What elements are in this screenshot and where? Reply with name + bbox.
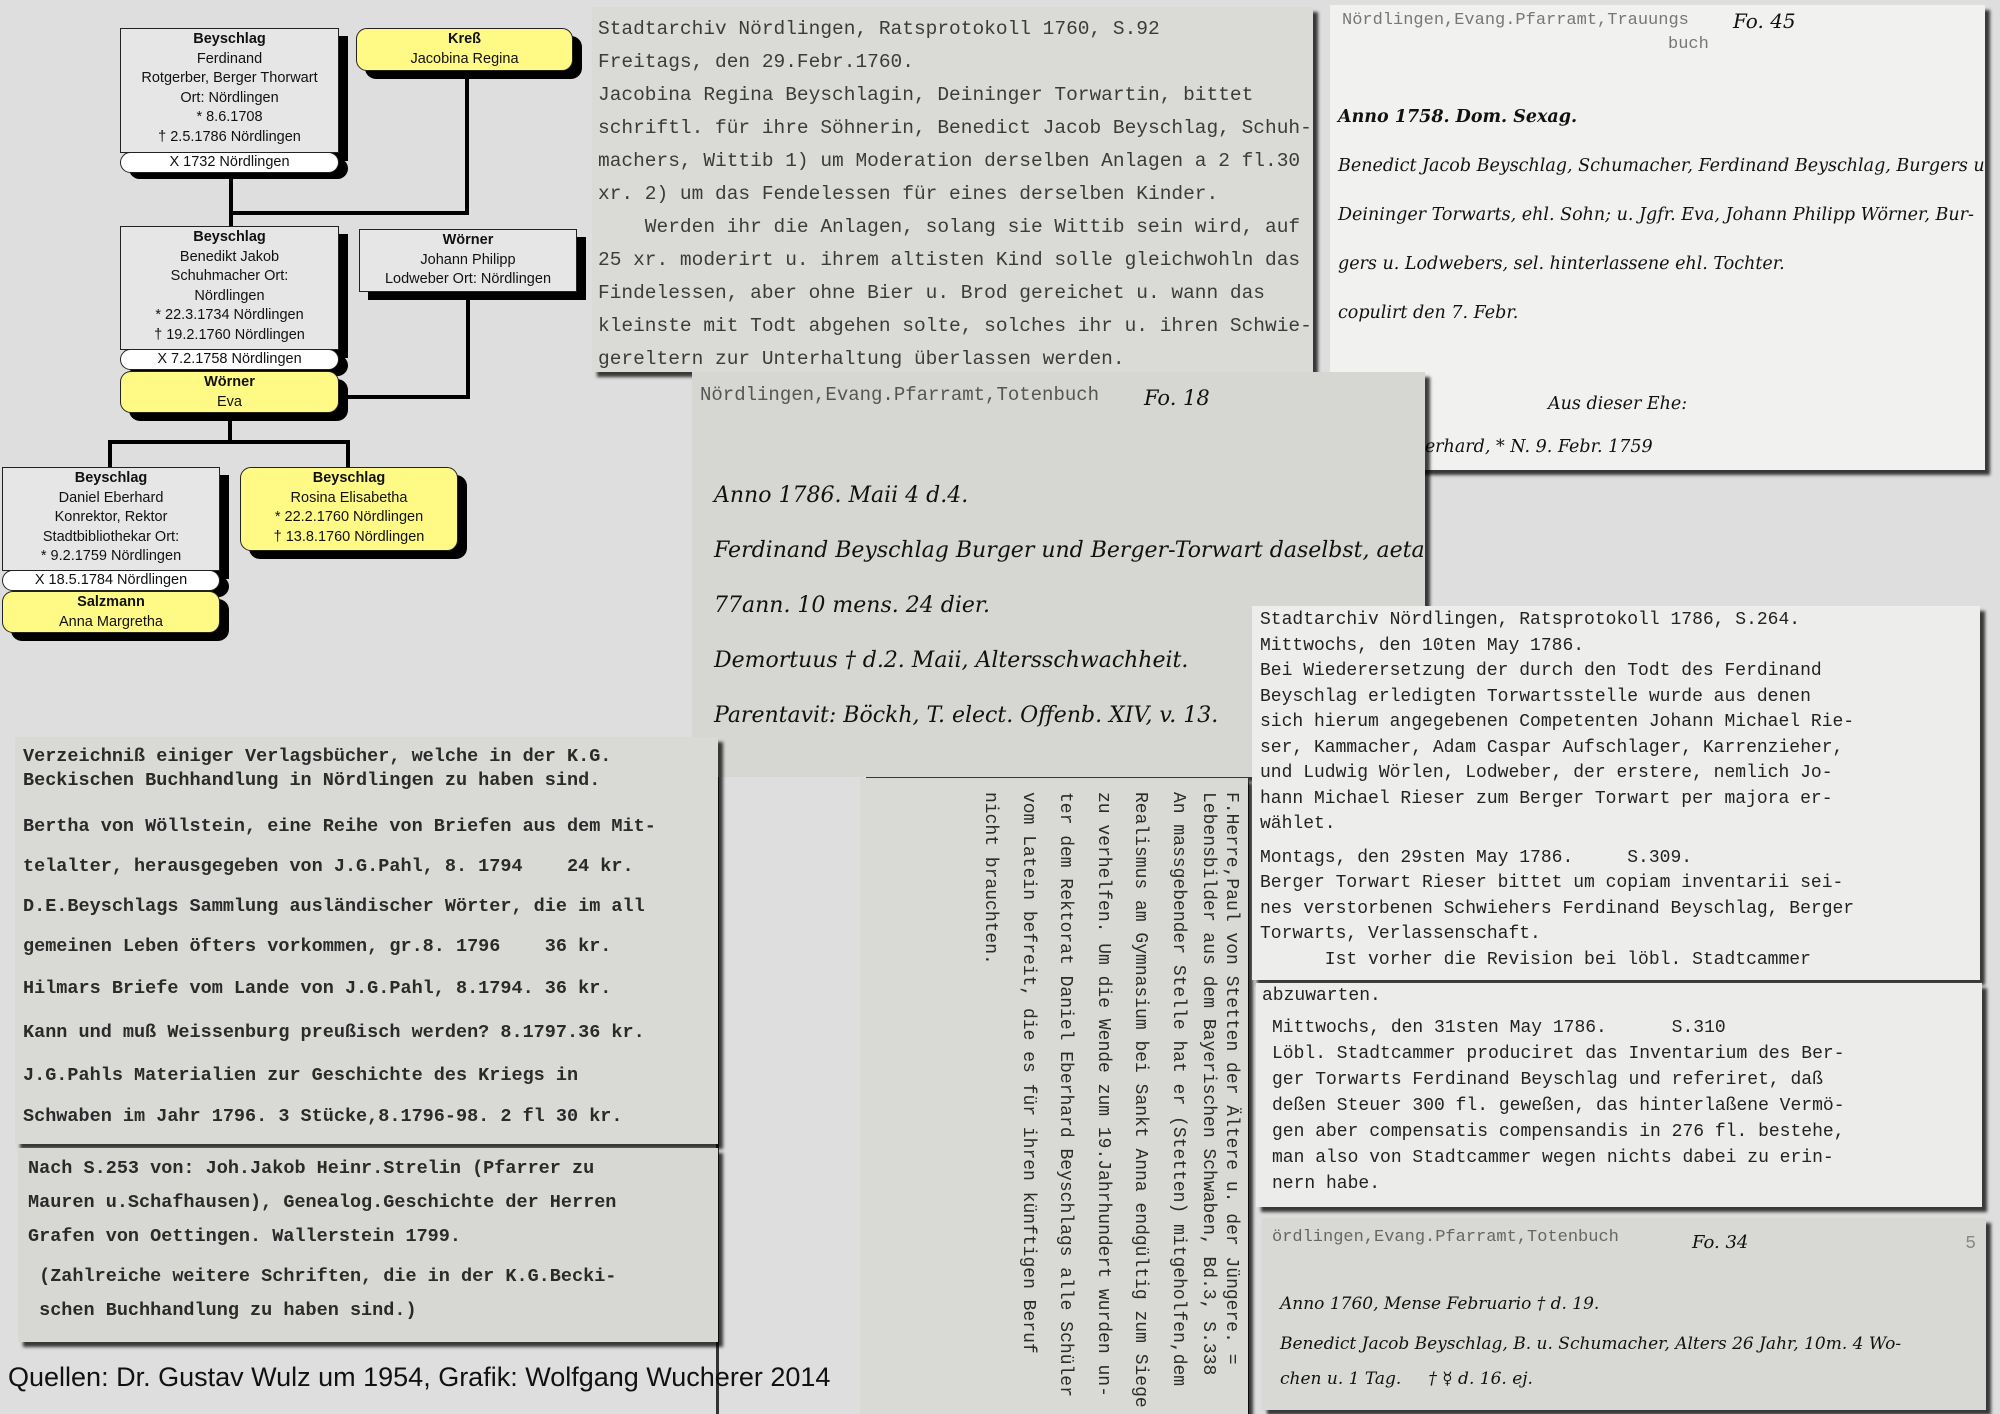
doc-line: gereltern zur Unterhaltung überlassen we… <box>598 343 1307 372</box>
doc-line: Grafen von Oettingen. Wallerstein 1799. <box>28 1220 708 1254</box>
detail-line: Nördlingen <box>121 287 338 307</box>
person-box-ferdinand[interactable]: Beyschlag Ferdinand Rotgerber, Berger Th… <box>120 28 339 153</box>
given-name: Daniel Eberhard <box>3 489 219 509</box>
document-verzeichnis-verlagsbuecher[interactable]: Verzeichniß einiger Verlagsbücher, welch… <box>15 737 718 1144</box>
connector-line <box>340 395 470 399</box>
detail-line: Konrektor, Rektor <box>3 508 219 528</box>
doc-header: Stadtarchiv Nördlingen, Ratsprotokoll 17… <box>1260 608 1972 634</box>
doc-line: Anno 1758. Dom. Sexag. <box>1338 93 1977 142</box>
book-entry: D.E.Beyschlags Sammlung ausländischer Wö… <box>23 887 710 927</box>
doc-line: Nach S.253 von: Joh.Jakob Heinr.Strelin … <box>28 1152 708 1186</box>
person-box-daniel[interactable]: Beyschlag Daniel Eberhard Konrektor, Rek… <box>2 467 220 571</box>
doc-line: An massgebender Stelle hat er (Stetten) … <box>1159 792 1197 1400</box>
surname: Beyschlag <box>3 469 219 489</box>
document-ratsprotokoll-1786-s310[interactable]: abzuwarten. Mittwochs, den 31sten May 17… <box>1256 983 1982 1207</box>
detail-line: Rotgerber, Berger Thorwart <box>121 69 338 89</box>
death-date: † 2.5.1786 Nördlingen <box>121 128 338 148</box>
book-entry: gemeinen Leben öfters vorkommen, gr.8. 1… <box>23 927 710 967</box>
doc-line: copulirt den 7. Febr. <box>1338 289 1977 338</box>
doc-line: Löbl. Stadtcammer produciret das Inventa… <box>1272 1041 1966 1067</box>
doc-line: ter dem Rektorat Daniel Eberhard Beyschl… <box>1046 792 1084 1400</box>
doc-line: gers u. Lodwebers, sel. hinterlassene eh… <box>1338 240 1977 289</box>
doc-line: Findelessen, aber ohne Bier u. Brod gere… <box>598 277 1307 310</box>
connector-line <box>229 211 469 215</box>
doc-header: Nördlingen,Evang.Pfarramt,Totenbuch <box>700 384 1099 406</box>
death-date: † 19.2.1760 Nördlingen <box>121 326 338 346</box>
doc-line: wählet. <box>1260 812 1972 838</box>
doc-line: gen aber compensatis compensandis in 276… <box>1272 1119 1966 1145</box>
connector-line <box>108 440 112 468</box>
doc-header: Verzeichniß einiger Verlagsbücher, welch… <box>23 745 710 769</box>
birth-date: * 22.2.1760 Nördlingen <box>241 508 457 528</box>
doc-line: Ist vorher die Revision bei löbl. Stadtc… <box>1260 948 1972 974</box>
person-box-salzmann[interactable]: Salzmann Anna Margretha <box>2 591 220 633</box>
doc-header-cont: buch <box>1668 35 1709 54</box>
book-entry: Kann und muß Weissenburg preußisch werde… <box>23 1011 710 1055</box>
doc-header: Stadtarchiv Nördlingen, Ratsprotokoll 17… <box>598 13 1307 46</box>
document-trauungsbuch[interactable]: Nördlingen,Evang.Pfarramt,Trauungs Fo. 4… <box>1330 5 1985 470</box>
doc-line: und Ludwig Wörlen, Lodweber, der erstere… <box>1260 761 1972 787</box>
doc-date: Montags, den 29sten May 1786. S.309. <box>1260 846 1972 872</box>
doc-line: deßen Steuer 300 fl. geweßen, das hinter… <box>1272 1093 1966 1119</box>
doc-line: Berger Torwart Rieser bittet um copiam i… <box>1260 871 1972 897</box>
book-entry: G.J.Zollikofers Predigten für die vernün… <box>23 1137 710 1144</box>
surname: Wörner <box>121 373 338 393</box>
birth-date: * 22.3.1734 Nördlingen <box>121 306 338 326</box>
doc-line: man also von Stadtcammer wegen nichts da… <box>1272 1145 1966 1171</box>
detail-line: Lodweber Ort: Nördlingen <box>360 270 576 290</box>
doc-line: Benedict Jacob Beyschlag, Schumacher, Fe… <box>1338 142 1977 191</box>
doc-line: Beyschlag erledigten Torwartsstelle wurd… <box>1260 685 1972 711</box>
doc-line: Mauren u.Schafhausen), Genealog.Geschich… <box>28 1186 708 1220</box>
doc-line: Daniel Eberhard, * N. 9. Febr. 1759 <box>1338 429 1977 465</box>
doc-line: F.Herre,Paul von Stetten der Ältere u. d… <box>1220 792 1242 1400</box>
doc-line: hann Michael Rieser zum Berger Torwart p… <box>1260 787 1972 813</box>
doc-line: sich hierum angegebenen Competenten Joha… <box>1260 710 1972 736</box>
doc-line: Benedict Jacob Beyschlag, B. u. Schumach… <box>1280 1324 1976 1364</box>
book-entry: Bertha von Wöllstein, eine Reihe von Bri… <box>23 807 710 847</box>
surname: Beyschlag <box>121 30 338 50</box>
folio-number: Fo. 18 <box>1144 386 1210 410</box>
doc-date: Mittwochs, den 31sten May 1786. S.310 <box>1272 1015 1966 1041</box>
doc-date: Freitags, den 29.Febr.1760. <box>598 46 1307 79</box>
surname: Salzmann <box>3 593 219 613</box>
book-entry: telalter, herausgegeben von J.G.Pahl, 8.… <box>23 847 710 887</box>
doc-line: Werden ihr die Anlagen, solang sie Witti… <box>598 211 1307 244</box>
surname: Kreß <box>357 30 572 50</box>
doc-line: Deininger Torwarts, ehl. Sohn; u. Jgfr. … <box>1338 191 1977 240</box>
doc-line: nes verstorbenen Schwiehers Ferdinand Be… <box>1260 897 1972 923</box>
book-entry: Hilmars Briefe vom Lande von J.G.Pahl, 8… <box>23 967 710 1011</box>
doc-line: nern habe. <box>1272 1171 1966 1197</box>
doc-line: schriftl. für ihre Söhnerin, Benedict Ja… <box>598 112 1307 145</box>
given-name: Rosina Elisabetha <box>241 489 457 509</box>
doc-spacer <box>23 793 710 807</box>
book-entry: Schwaben im Jahr 1796. 3 Stücke,8.1796-9… <box>23 1097 710 1137</box>
doc-spacer <box>1260 838 1972 846</box>
connector-line <box>108 440 350 444</box>
person-box-kress[interactable]: Kreß Jacobina Regina <box>356 28 573 71</box>
detail-line: Stadtbibliothekar Ort: <box>3 528 219 548</box>
document-ratsprotokoll-1760[interactable]: Stadtarchiv Nördlingen, Ratsprotokoll 17… <box>592 7 1313 372</box>
person-box-johann-philipp[interactable]: Wörner Johann Philipp Lodweber Ort: Nörd… <box>359 229 577 292</box>
connector-line <box>346 440 350 468</box>
doc-line: xr. 2) um das Fendelessen für eines ders… <box>598 178 1307 211</box>
doc-line: ger Torwarts Ferdinand Beyschlag und ref… <box>1272 1067 1966 1093</box>
document-herre-rotated[interactable]: F.Herre,Paul von Stetten der Ältere u. d… <box>860 778 1248 1414</box>
doc-line: Anno 1760, Mense Februario † d. 19. <box>1280 1284 1976 1324</box>
doc-line: abzuwarten. <box>1262 983 1966 1009</box>
given-name: Benedikt Jakob <box>121 248 338 268</box>
birth-date: * 8.6.1708 <box>121 108 338 128</box>
doc-line: Anno 1786. Maii 4 d.4. <box>714 468 1421 523</box>
doc-date: Mittwochs, den 10ten May 1786. <box>1260 634 1972 660</box>
surname: Wörner <box>360 231 576 251</box>
doc-line: Aus dieser Ehe: <box>1338 380 1977 429</box>
marriage-label: X 18.5.1784 Nördlingen <box>2 570 220 591</box>
doc-header: Beckischen Buchhandlung in Nördlingen zu… <box>23 769 710 793</box>
surname: Beyschlag <box>121 228 338 248</box>
connector-line <box>466 293 470 399</box>
doc-line: Lebensbilder aus dem Bayerischen Schwabe… <box>1196 792 1220 1400</box>
doc-line: schen Buchhandlung zu haben sind.) <box>28 1294 708 1328</box>
frame-edge <box>716 777 866 1414</box>
doc-line: zu verhelfen. Um die Wende zum 19.Jahrhu… <box>1084 792 1122 1400</box>
connector-line <box>465 72 469 215</box>
doc-line: ser, Kammacher, Adam Caspar Aufschlager,… <box>1260 736 1972 762</box>
given-name: Eva <box>121 393 338 413</box>
doc-line: 25 xr. moderirt u. ihrem altisten Kind s… <box>598 244 1307 277</box>
given-name: Ferdinand <box>121 50 338 70</box>
surname: Beyschlag <box>241 469 457 489</box>
death-date: † 13.8.1760 Nördlingen <box>241 528 457 548</box>
given-name: Jacobina Regina <box>357 50 572 70</box>
person-box-eva[interactable]: Wörner Eva <box>120 371 339 413</box>
book-entry: J.G.Pahls Materialien zur Geschichte des… <box>23 1055 710 1097</box>
given-name: Johann Philipp <box>360 251 576 271</box>
person-box-benedikt[interactable]: Beyschlag Benedikt Jakob Schuhmacher Ort… <box>120 226 339 350</box>
doc-line: Rosina Elisabetha, * N. 22. Febr. 1760, … <box>1338 465 1977 470</box>
doc-line: Realismus am Gymnasium bei Sankt Anna en… <box>1121 792 1159 1400</box>
doc-header: ördlingen,Evang.Pfarramt,Totenbuch <box>1272 1228 1619 1247</box>
doc-line: (Zahlreiche weitere Schriften, die in de… <box>28 1260 708 1294</box>
doc-line: chen u. 1 Tag. † ☿ d. 16. ej. <box>1280 1364 1976 1394</box>
given-name: Anna Margretha <box>3 613 219 633</box>
source-credits: Quellen: Dr. Gustav Wulz um 1954, Grafik… <box>8 1362 830 1393</box>
folio-number: Fo. 45 <box>1733 9 1796 33</box>
marriage-label: X 1732 Nördlingen <box>120 152 339 173</box>
marriage-label: X 7.2.1758 Nördlingen <box>120 349 339 370</box>
doc-line: kleinste mit Todt abgehen solte, solches… <box>598 310 1307 343</box>
doc-line: nicht brauchten. <box>971 792 1009 1400</box>
document-ratsprotokoll-1786[interactable]: Stadtarchiv Nördlingen, Ratsprotokoll 17… <box>1252 606 1980 980</box>
person-box-rosina[interactable]: Beyschlag Rosina Elisabetha * 22.2.1760 … <box>240 467 458 551</box>
doc-line: Jacobina Regina Beyschlagin, Deininger T… <box>598 79 1307 112</box>
birth-date: * 9.2.1759 Nördlingen <box>3 547 219 567</box>
doc-header: Nördlingen,Evang.Pfarramt,Trauungs <box>1342 11 1689 30</box>
doc-line: Ferdinand Beyschlag Burger und Berger-To… <box>714 523 1421 578</box>
detail-line: Schuhmacher Ort: <box>121 267 338 287</box>
doc-line: vom Latein befreit, die es für ihren kün… <box>1009 792 1047 1400</box>
doc-line: machers, Wittib 1) um Moderation derselb… <box>598 145 1307 178</box>
document-strelin-genealogie[interactable]: Nach S.253 von: Joh.Jakob Heinr.Strelin … <box>18 1148 718 1342</box>
doc-line: Bei Wiederersetzung der durch den Todt d… <box>1260 659 1972 685</box>
folio-number: Fo. 34 <box>1692 1232 1748 1253</box>
doc-line: Torwarts, Verlassenschaft. <box>1260 922 1972 948</box>
document-totenbuch-fo34[interactable]: ördlingen,Evang.Pfarramt,Totenbuch Fo. 3… <box>1262 1218 1986 1410</box>
page-number: 5 <box>1965 1234 1976 1254</box>
detail-line: Ort: Nördlingen <box>121 89 338 109</box>
connector-line <box>229 173 233 228</box>
